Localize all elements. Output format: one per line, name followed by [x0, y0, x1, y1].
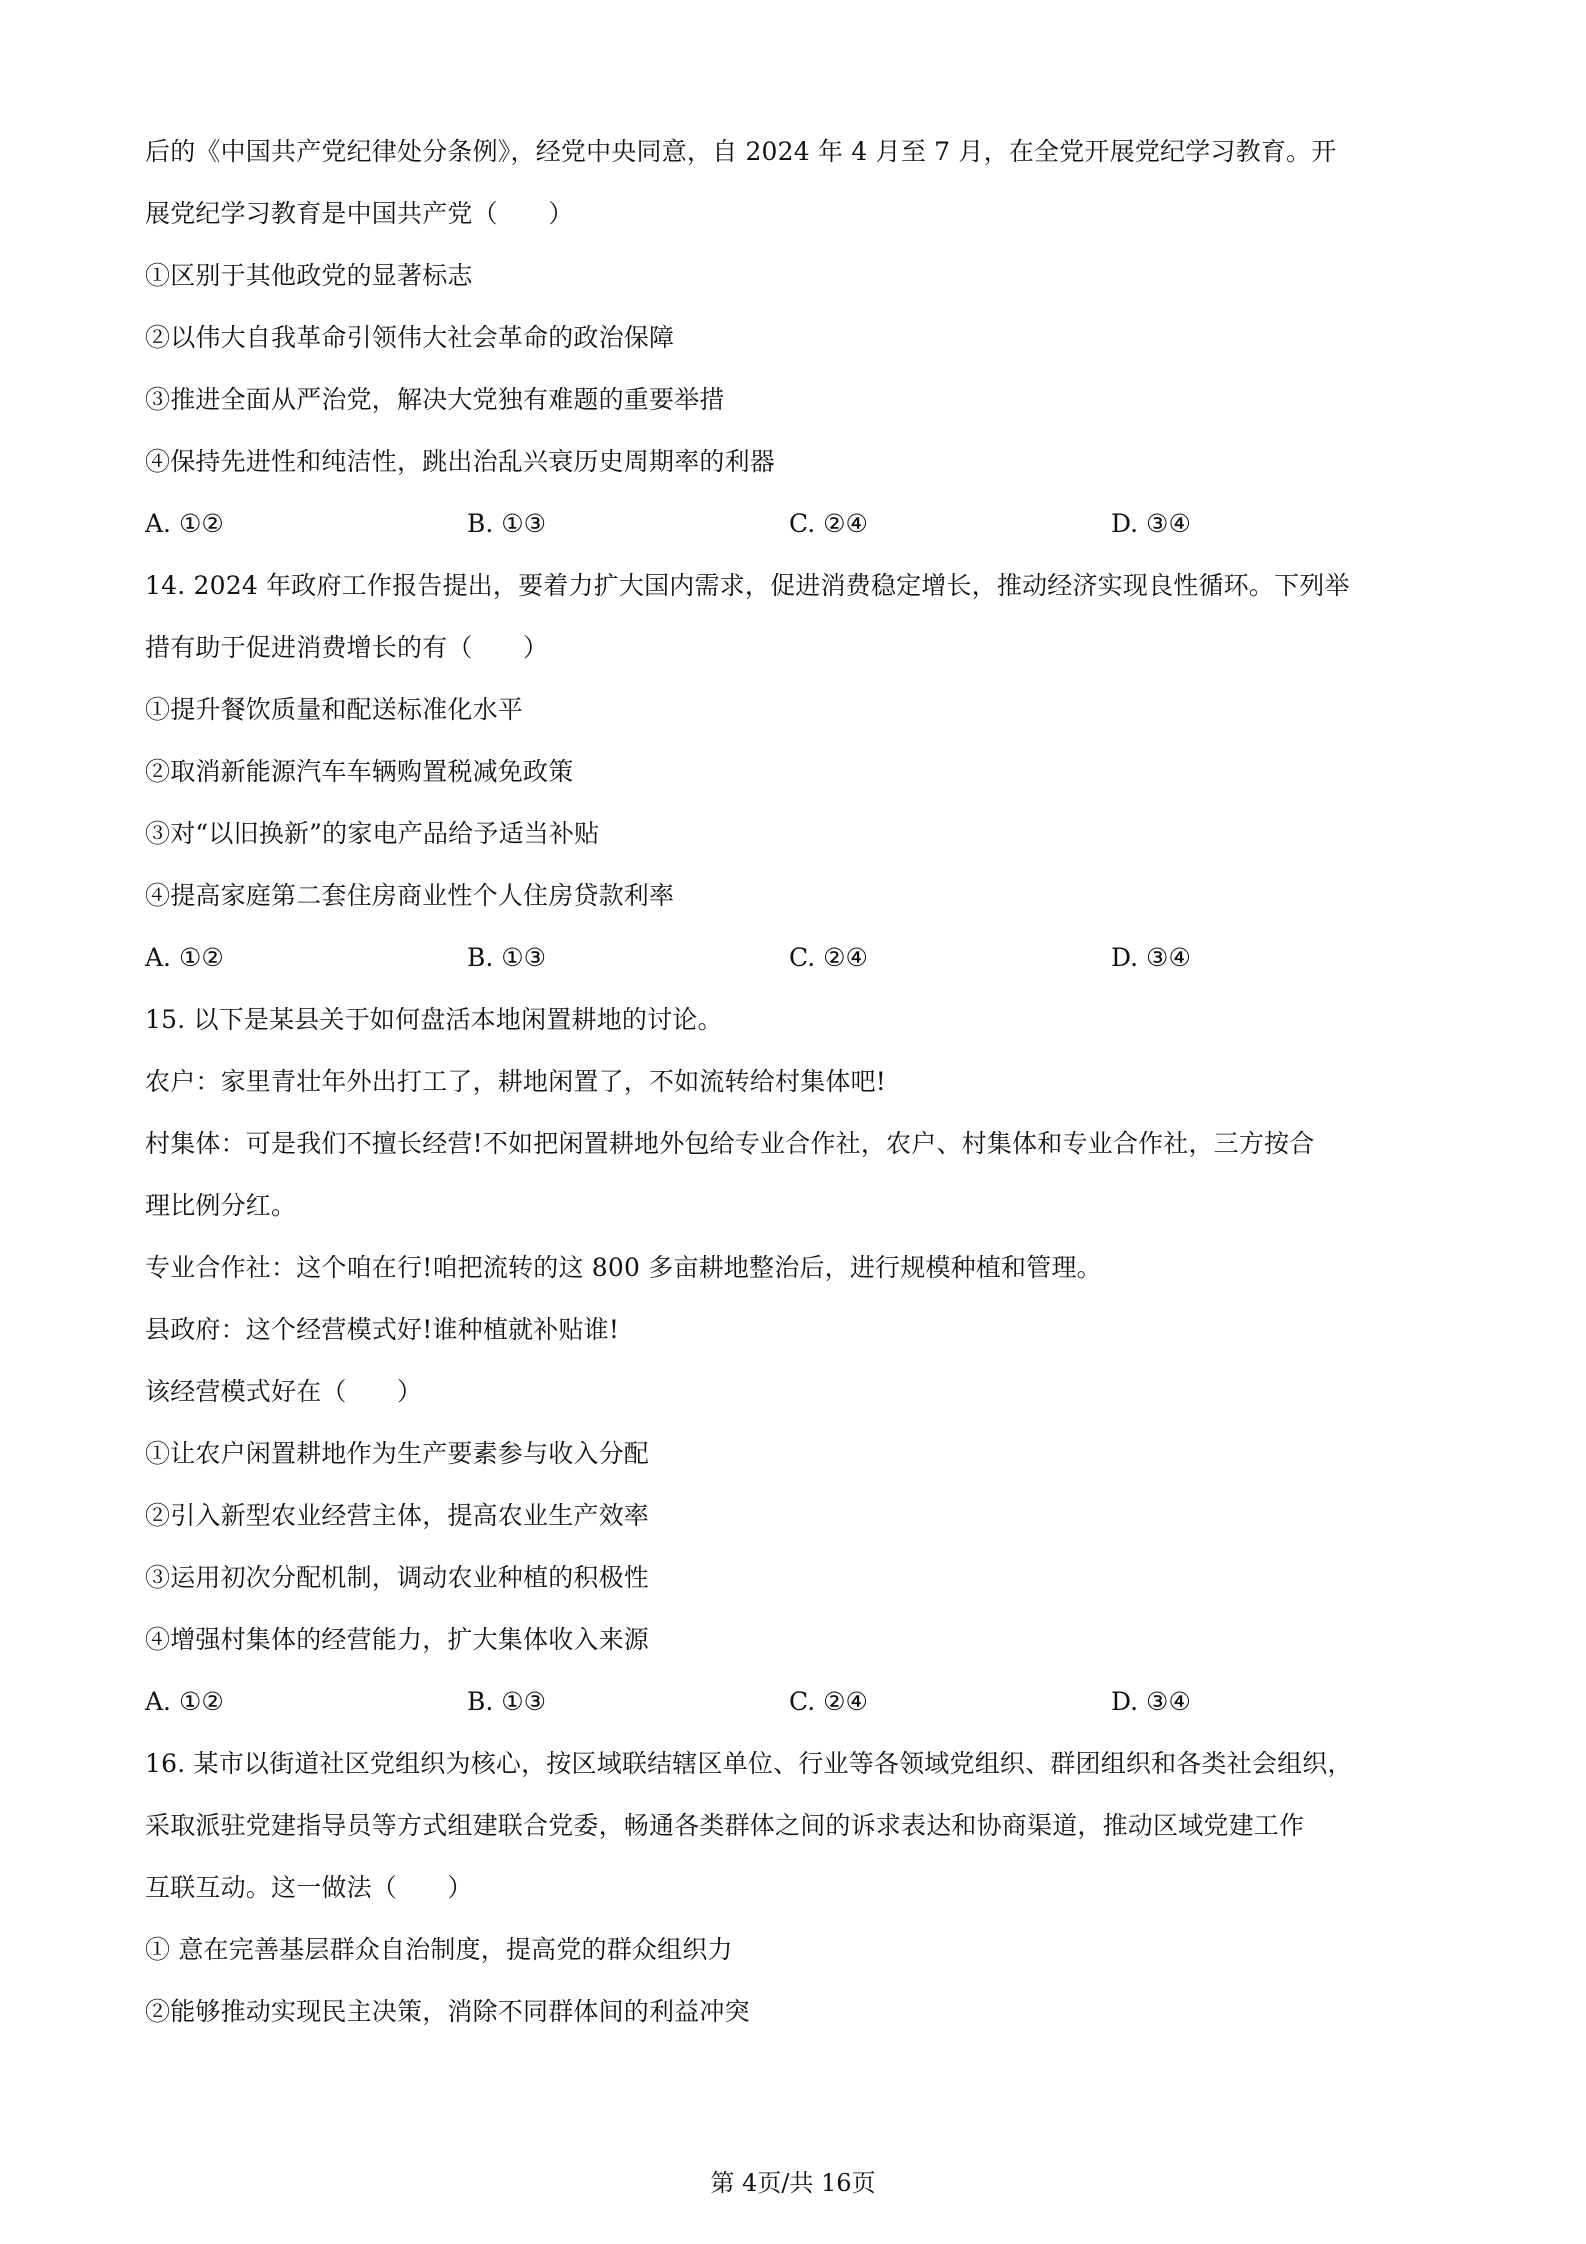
- option-d: D. ③④: [1111, 499, 1433, 561]
- option-b: B. ①③: [467, 1677, 789, 1739]
- statement-4: ④提高家庭第二套住房商业性个人住房贷款利率: [145, 871, 1435, 933]
- statement-3: ③对“以旧换新”的家电产品给予适当补贴: [145, 809, 1435, 871]
- statement-4: ④保持先进性和纯洁性，跳出治乱兴衰历史周期率的利器: [145, 437, 1435, 499]
- statement-2: ②取消新能源汽车车辆购置税减免政策: [145, 747, 1435, 809]
- statement-2: ②以伟大自我革命引领伟大社会革命的政治保障: [145, 313, 1435, 375]
- question-stem-line: 16. 某市以街道社区党组织为核心，按区域联结辖区单位、行业等各领域党组织、群团…: [145, 1739, 1435, 1801]
- statement-1: ①让农户闲置耕地作为生产要素参与收入分配: [145, 1429, 1435, 1491]
- statement-1: ① 意在完善基层群众自治制度，提高党的群众组织力: [145, 1925, 1435, 1987]
- question-prompt: 该经营模式好在（ ）: [145, 1367, 1435, 1429]
- option-c: C. ②④: [789, 933, 1111, 995]
- statement-4: ④增强村集体的经营能力，扩大集体收入来源: [145, 1615, 1435, 1677]
- question-stem-line: 15. 以下是某县关于如何盘活本地闲置耕地的讨论。: [145, 995, 1435, 1057]
- question-14: 14. 2024 年政府工作报告提出，要着力扩大国内需求，促进消费稳定增长，推动…: [145, 561, 1435, 995]
- question-16: 16. 某市以街道社区党组织为核心，按区域联结辖区单位、行业等各领域党组织、群团…: [145, 1739, 1435, 2049]
- option-c: C. ②④: [789, 1677, 1111, 1739]
- option-b: B. ①③: [467, 933, 789, 995]
- answer-options: A. ①② B. ①③ C. ②④ D. ③④: [145, 499, 1435, 561]
- statement-2: ②能够推动实现民主决策，消除不同群体间的利益冲突: [145, 1987, 1435, 2049]
- option-a: A. ①②: [145, 1677, 467, 1739]
- dialogue-cooperative: 专业合作社：这个咱在行!咱把流转的这 800 多亩耕地整治后，进行规模种植和管理…: [145, 1243, 1435, 1305]
- statement-1: ①提升餐饮质量和配送标准化水平: [145, 685, 1435, 747]
- question-stem-line: 互联互动。这一做法（ ）: [145, 1863, 1435, 1925]
- question-stem-line: 采取派驻党建指导员等方式组建联合党委，畅通各类群体之间的诉求表达和协商渠道，推动…: [145, 1801, 1435, 1863]
- dialogue-village-collective: 村集体：可是我们不擅长经营!不如把闲置耕地外包给专业合作社，农户、村集体和专业合…: [145, 1119, 1435, 1181]
- dialogue-county-government: 县政府：这个经营模式好!谁种植就补贴谁!: [145, 1305, 1435, 1367]
- option-d: D. ③④: [1111, 1677, 1433, 1739]
- option-c: C. ②④: [789, 499, 1111, 561]
- statement-1: ①区别于其他政党的显著标志: [145, 251, 1435, 313]
- page-number: 第 4页/共 16页: [710, 2169, 875, 2197]
- option-d: D. ③④: [1111, 933, 1433, 995]
- question-stem-line: 14. 2024 年政府工作报告提出，要着力扩大国内需求，促进消费稳定增长，推动…: [145, 561, 1435, 623]
- statement-3: ③推进全面从严治党，解决大党独有难题的重要举措: [145, 375, 1435, 437]
- option-a: A. ①②: [145, 499, 467, 561]
- question-15: 15. 以下是某县关于如何盘活本地闲置耕地的讨论。 农户：家里青壮年外出打工了，…: [145, 995, 1435, 1739]
- statement-3: ③运用初次分配机制，调动农业种植的积极性: [145, 1553, 1435, 1615]
- dialogue-village-collective-cont: 理比例分红。: [145, 1181, 1435, 1243]
- question-stem-line: 后的《中国共产党纪律处分条例》，经党中央同意，自 2024 年 4 月至 7 月…: [145, 127, 1435, 189]
- dialogue-farmer: 农户：家里青壮年外出打工了，耕地闲置了，不如流转给村集体吧!: [145, 1057, 1435, 1119]
- question-stem-line: 展党纪学习教育是中国共产党（ ）: [145, 189, 1435, 251]
- answer-options: A. ①② B. ①③ C. ②④ D. ③④: [145, 1677, 1435, 1739]
- page-footer: 第 4页/共 16页: [0, 2168, 1586, 2198]
- document-page: 后的《中国共产党纪律处分条例》，经党中央同意，自 2024 年 4 月至 7 月…: [145, 127, 1435, 2049]
- question-stem-line: 措有助于促进消费增长的有（ ）: [145, 623, 1435, 685]
- option-b: B. ①③: [467, 499, 789, 561]
- statement-2: ②引入新型农业经营主体，提高农业生产效率: [145, 1491, 1435, 1553]
- answer-options: A. ①② B. ①③ C. ②④ D. ③④: [145, 933, 1435, 995]
- option-a: A. ①②: [145, 933, 467, 995]
- question-13: 后的《中国共产党纪律处分条例》，经党中央同意，自 2024 年 4 月至 7 月…: [145, 127, 1435, 561]
